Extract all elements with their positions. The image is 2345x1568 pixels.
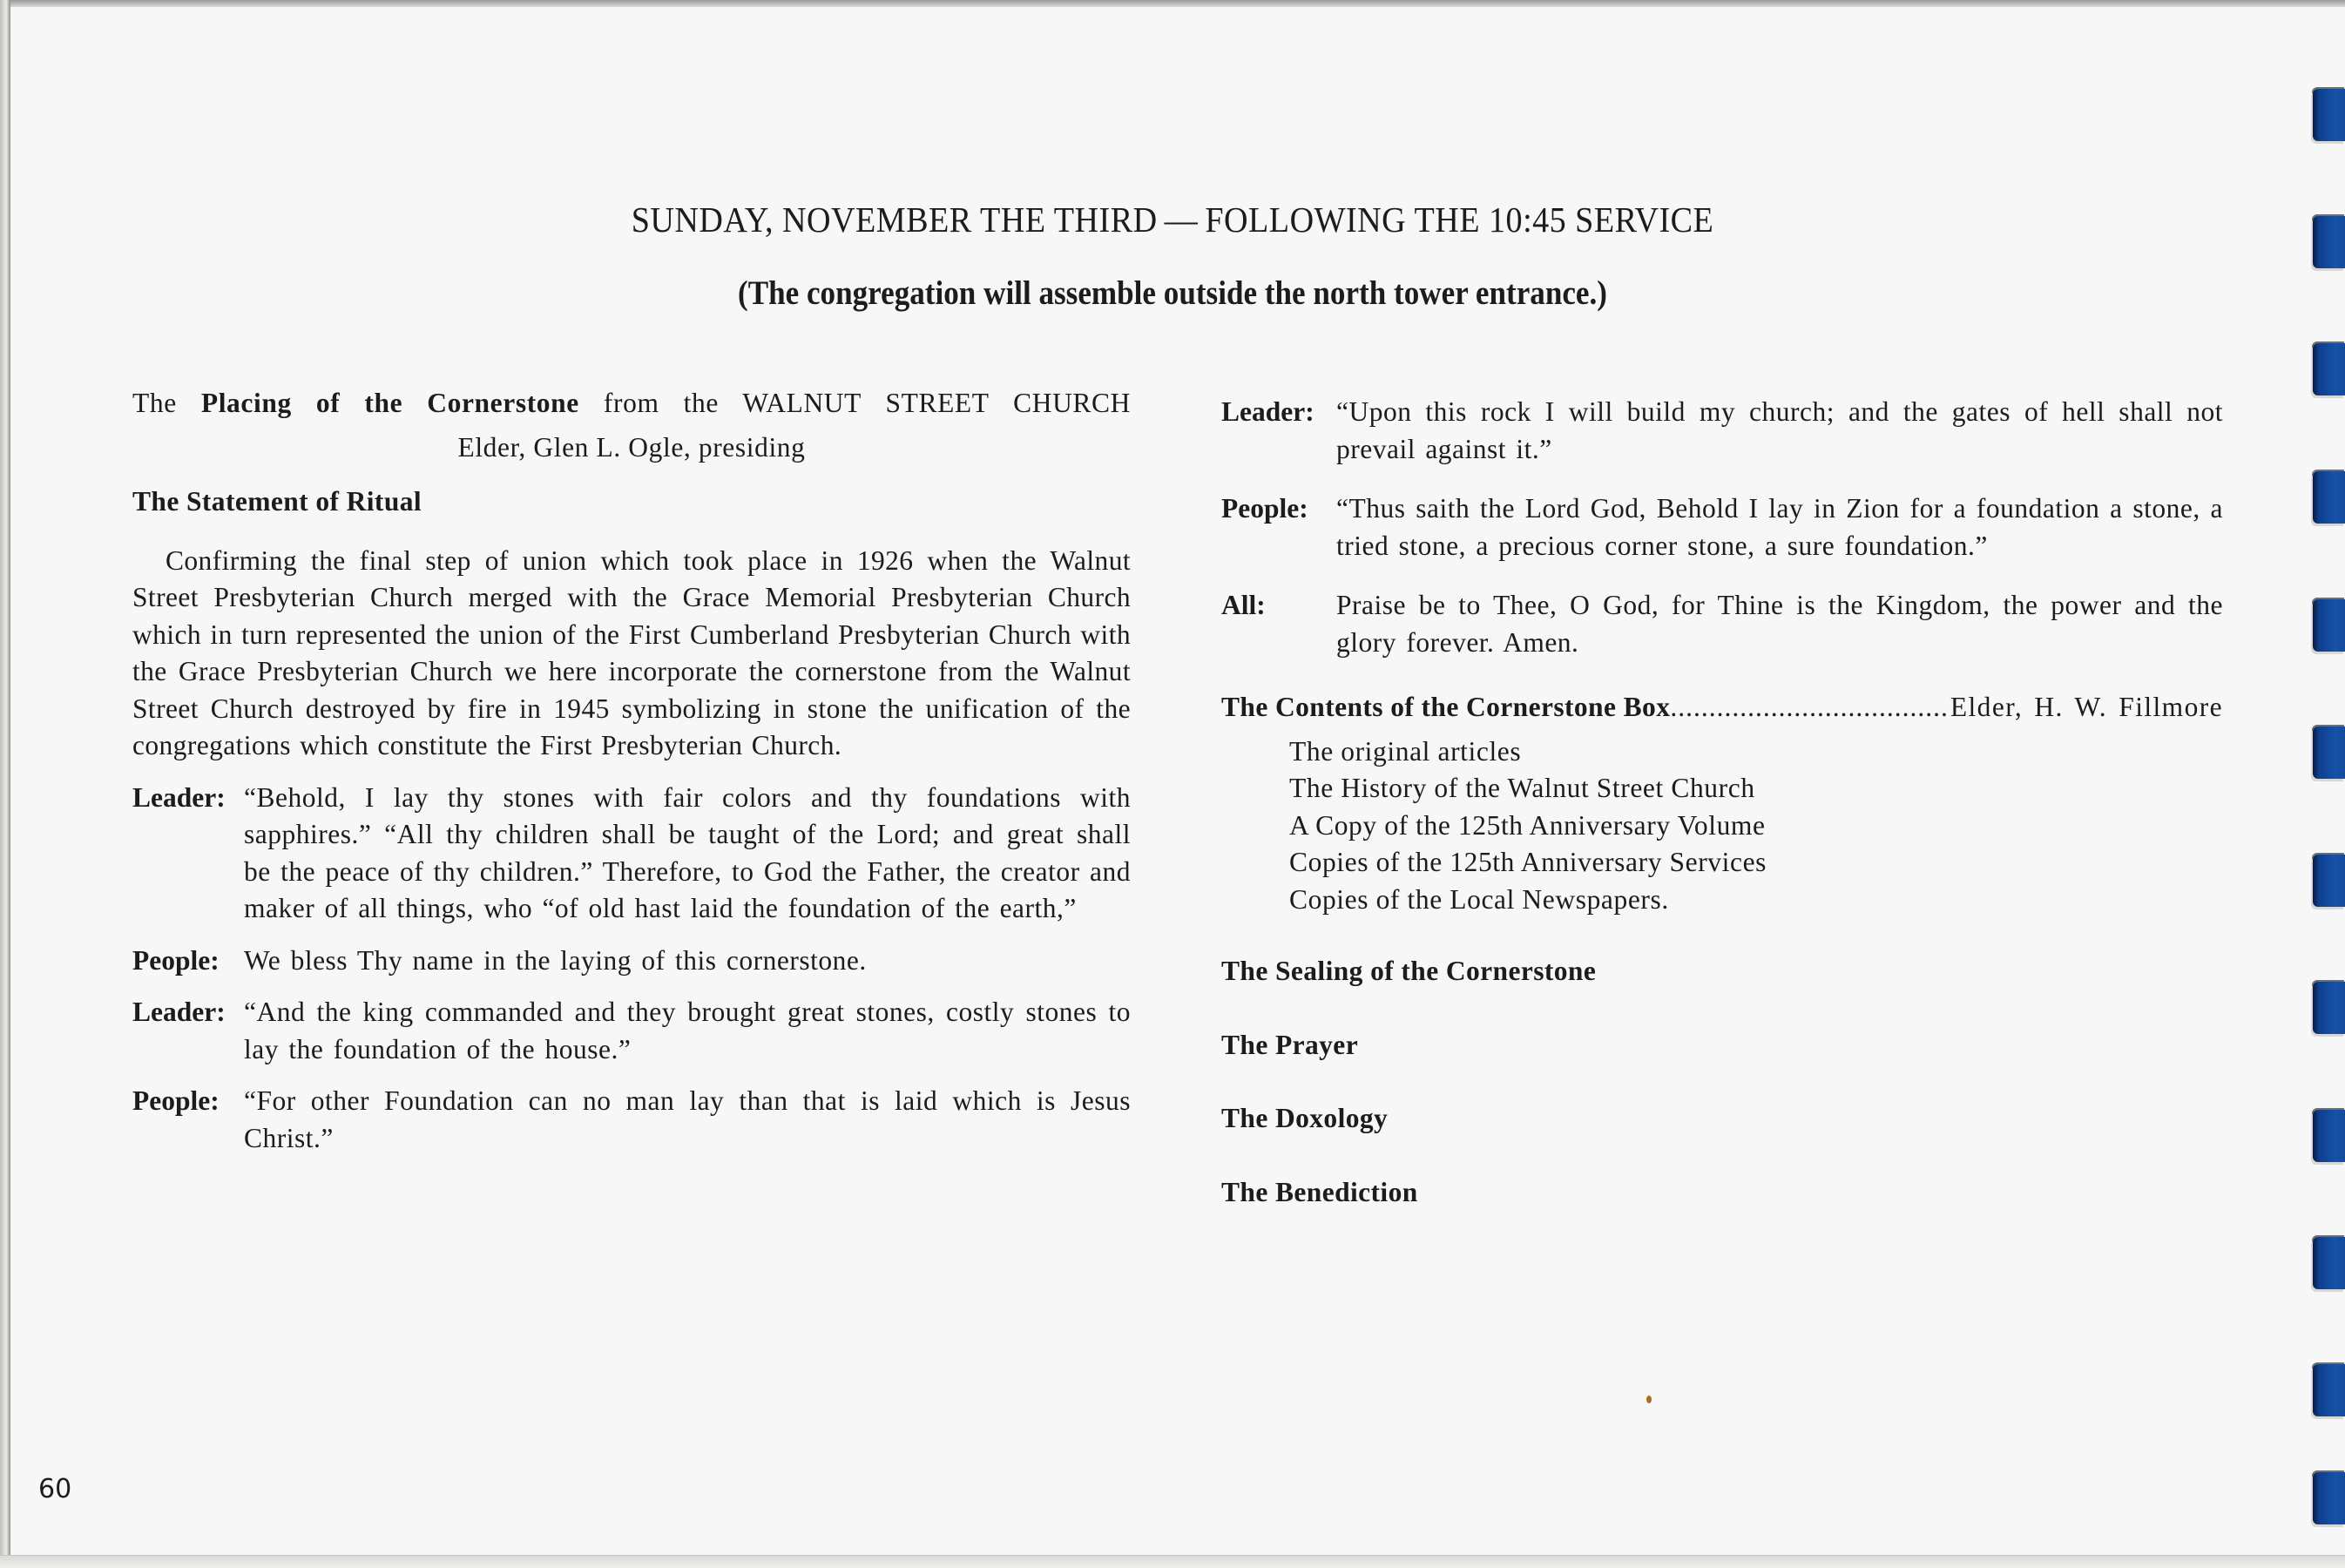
binding-tab bbox=[2313, 1364, 2345, 1416]
binding-tab bbox=[2313, 855, 2345, 907]
order-item-doxology: The Doxology bbox=[1221, 1100, 2223, 1138]
binding-tab bbox=[2313, 471, 2345, 524]
speaker-label: Leader: bbox=[1221, 394, 1336, 468]
list-item: The History of the Walnut Street Church bbox=[1289, 770, 2223, 808]
binding-tab bbox=[2313, 727, 2345, 779]
responsive-reading: People: We bless Thy name in the laying … bbox=[132, 943, 1131, 980]
speaker-label: Leader: bbox=[132, 994, 244, 1068]
speaker-label: All: bbox=[1221, 587, 1336, 661]
contents-heading: The Contents of the Cornerstone Box bbox=[1221, 689, 1670, 727]
reading-text: “Behold, I lay thy stones with fair colo… bbox=[244, 780, 1131, 928]
speaker-label: People: bbox=[132, 1083, 244, 1157]
contents-presider: Elder, H. W. Fillmore bbox=[1950, 689, 2223, 727]
ritual-heading: The Statement of Ritual bbox=[132, 483, 1131, 521]
responsive-reading: People: “For other Foundation can no man… bbox=[132, 1083, 1131, 1157]
placing-suffix: from the WALNUT STREET CHURCH bbox=[579, 388, 1131, 418]
responsive-reading: Leader: “And the king commanded and they… bbox=[132, 994, 1131, 1068]
order-item-sealing: The Sealing of the Cornerstone bbox=[1221, 953, 2223, 990]
responsive-reading: Leader: “Upon this rock I will build my … bbox=[1221, 394, 2223, 468]
page-left-edge bbox=[0, 0, 10, 1568]
reading-text: “And the king commanded and they brought… bbox=[244, 994, 1131, 1068]
paper-speck bbox=[1646, 1396, 1652, 1403]
speaker-label: Leader: bbox=[132, 780, 244, 928]
speaker-label: People: bbox=[1221, 490, 1336, 564]
binding-tab bbox=[2313, 1472, 2345, 1524]
reading-text: Praise be to Thee, O God, for Thine is t… bbox=[1336, 587, 2223, 661]
binding-tab bbox=[2313, 1110, 2345, 1162]
binding-tab bbox=[2313, 216, 2345, 268]
ritual-paragraph: Confirming the final step of union which… bbox=[132, 543, 1131, 765]
binding-tab bbox=[2313, 1237, 2345, 1289]
right-column: Leader: “Upon this rock I will build my … bbox=[1221, 394, 2223, 1211]
binding-tab bbox=[2313, 89, 2345, 141]
list-item: Copies of the Local Newspapers. bbox=[1289, 882, 2223, 919]
presiding-elder: Elder, Glen L. Ogle, presiding bbox=[132, 429, 1131, 467]
responsive-reading: All: Praise be to Thee, O God, for Thine… bbox=[1221, 587, 2223, 661]
responsive-reading: People: “Thus saith the Lord God, Behold… bbox=[1221, 490, 2223, 564]
reading-text: “For other Foundation can no man lay tha… bbox=[244, 1083, 1131, 1157]
list-item: Copies of the 125th Anniversary Services bbox=[1289, 844, 2223, 882]
page-bottom-edge bbox=[0, 1555, 2345, 1568]
responsive-reading: Leader: “Behold, I lay thy stones with f… bbox=[132, 780, 1131, 928]
binding-tab bbox=[2313, 982, 2345, 1034]
placing-prefix: The bbox=[132, 388, 201, 418]
binding-tab bbox=[2313, 343, 2345, 395]
left-column: The Placing of the Cornerstone from the … bbox=[132, 385, 1131, 1157]
reading-text: We bless Thy name in the laying of this … bbox=[244, 943, 1131, 980]
binding-tab bbox=[2313, 599, 2345, 652]
list-item: The original articles bbox=[1289, 733, 2223, 771]
cornerstone-contents-list: The original articles The History of the… bbox=[1289, 733, 2223, 919]
page-top-edge bbox=[0, 0, 2345, 7]
reading-text: “Thus saith the Lord God, Behold I lay i… bbox=[1336, 490, 2223, 564]
placing-line: The Placing of the Cornerstone from the … bbox=[132, 385, 1131, 422]
placing-bold: Placing of the Cornerstone bbox=[201, 388, 579, 418]
order-item-prayer: The Prayer bbox=[1221, 1027, 2223, 1064]
dot-leader: ........................................… bbox=[1670, 689, 1950, 727]
page-subtitle: (The congregation will assemble outside … bbox=[118, 274, 2228, 313]
contents-heading-line: The Contents of the Cornerstone Box ....… bbox=[1221, 689, 2223, 727]
list-item: A Copy of the 125th Anniversary Volume bbox=[1289, 808, 2223, 845]
page-number: 60 bbox=[38, 1474, 71, 1504]
page-title: SUNDAY, NOVEMBER THE THIRD — FOLLOWING T… bbox=[82, 199, 2263, 240]
order-item-benediction: The Benediction bbox=[1221, 1174, 2223, 1212]
reading-text: “Upon this rock I will build my church; … bbox=[1336, 394, 2223, 468]
speaker-label: People: bbox=[132, 943, 244, 980]
